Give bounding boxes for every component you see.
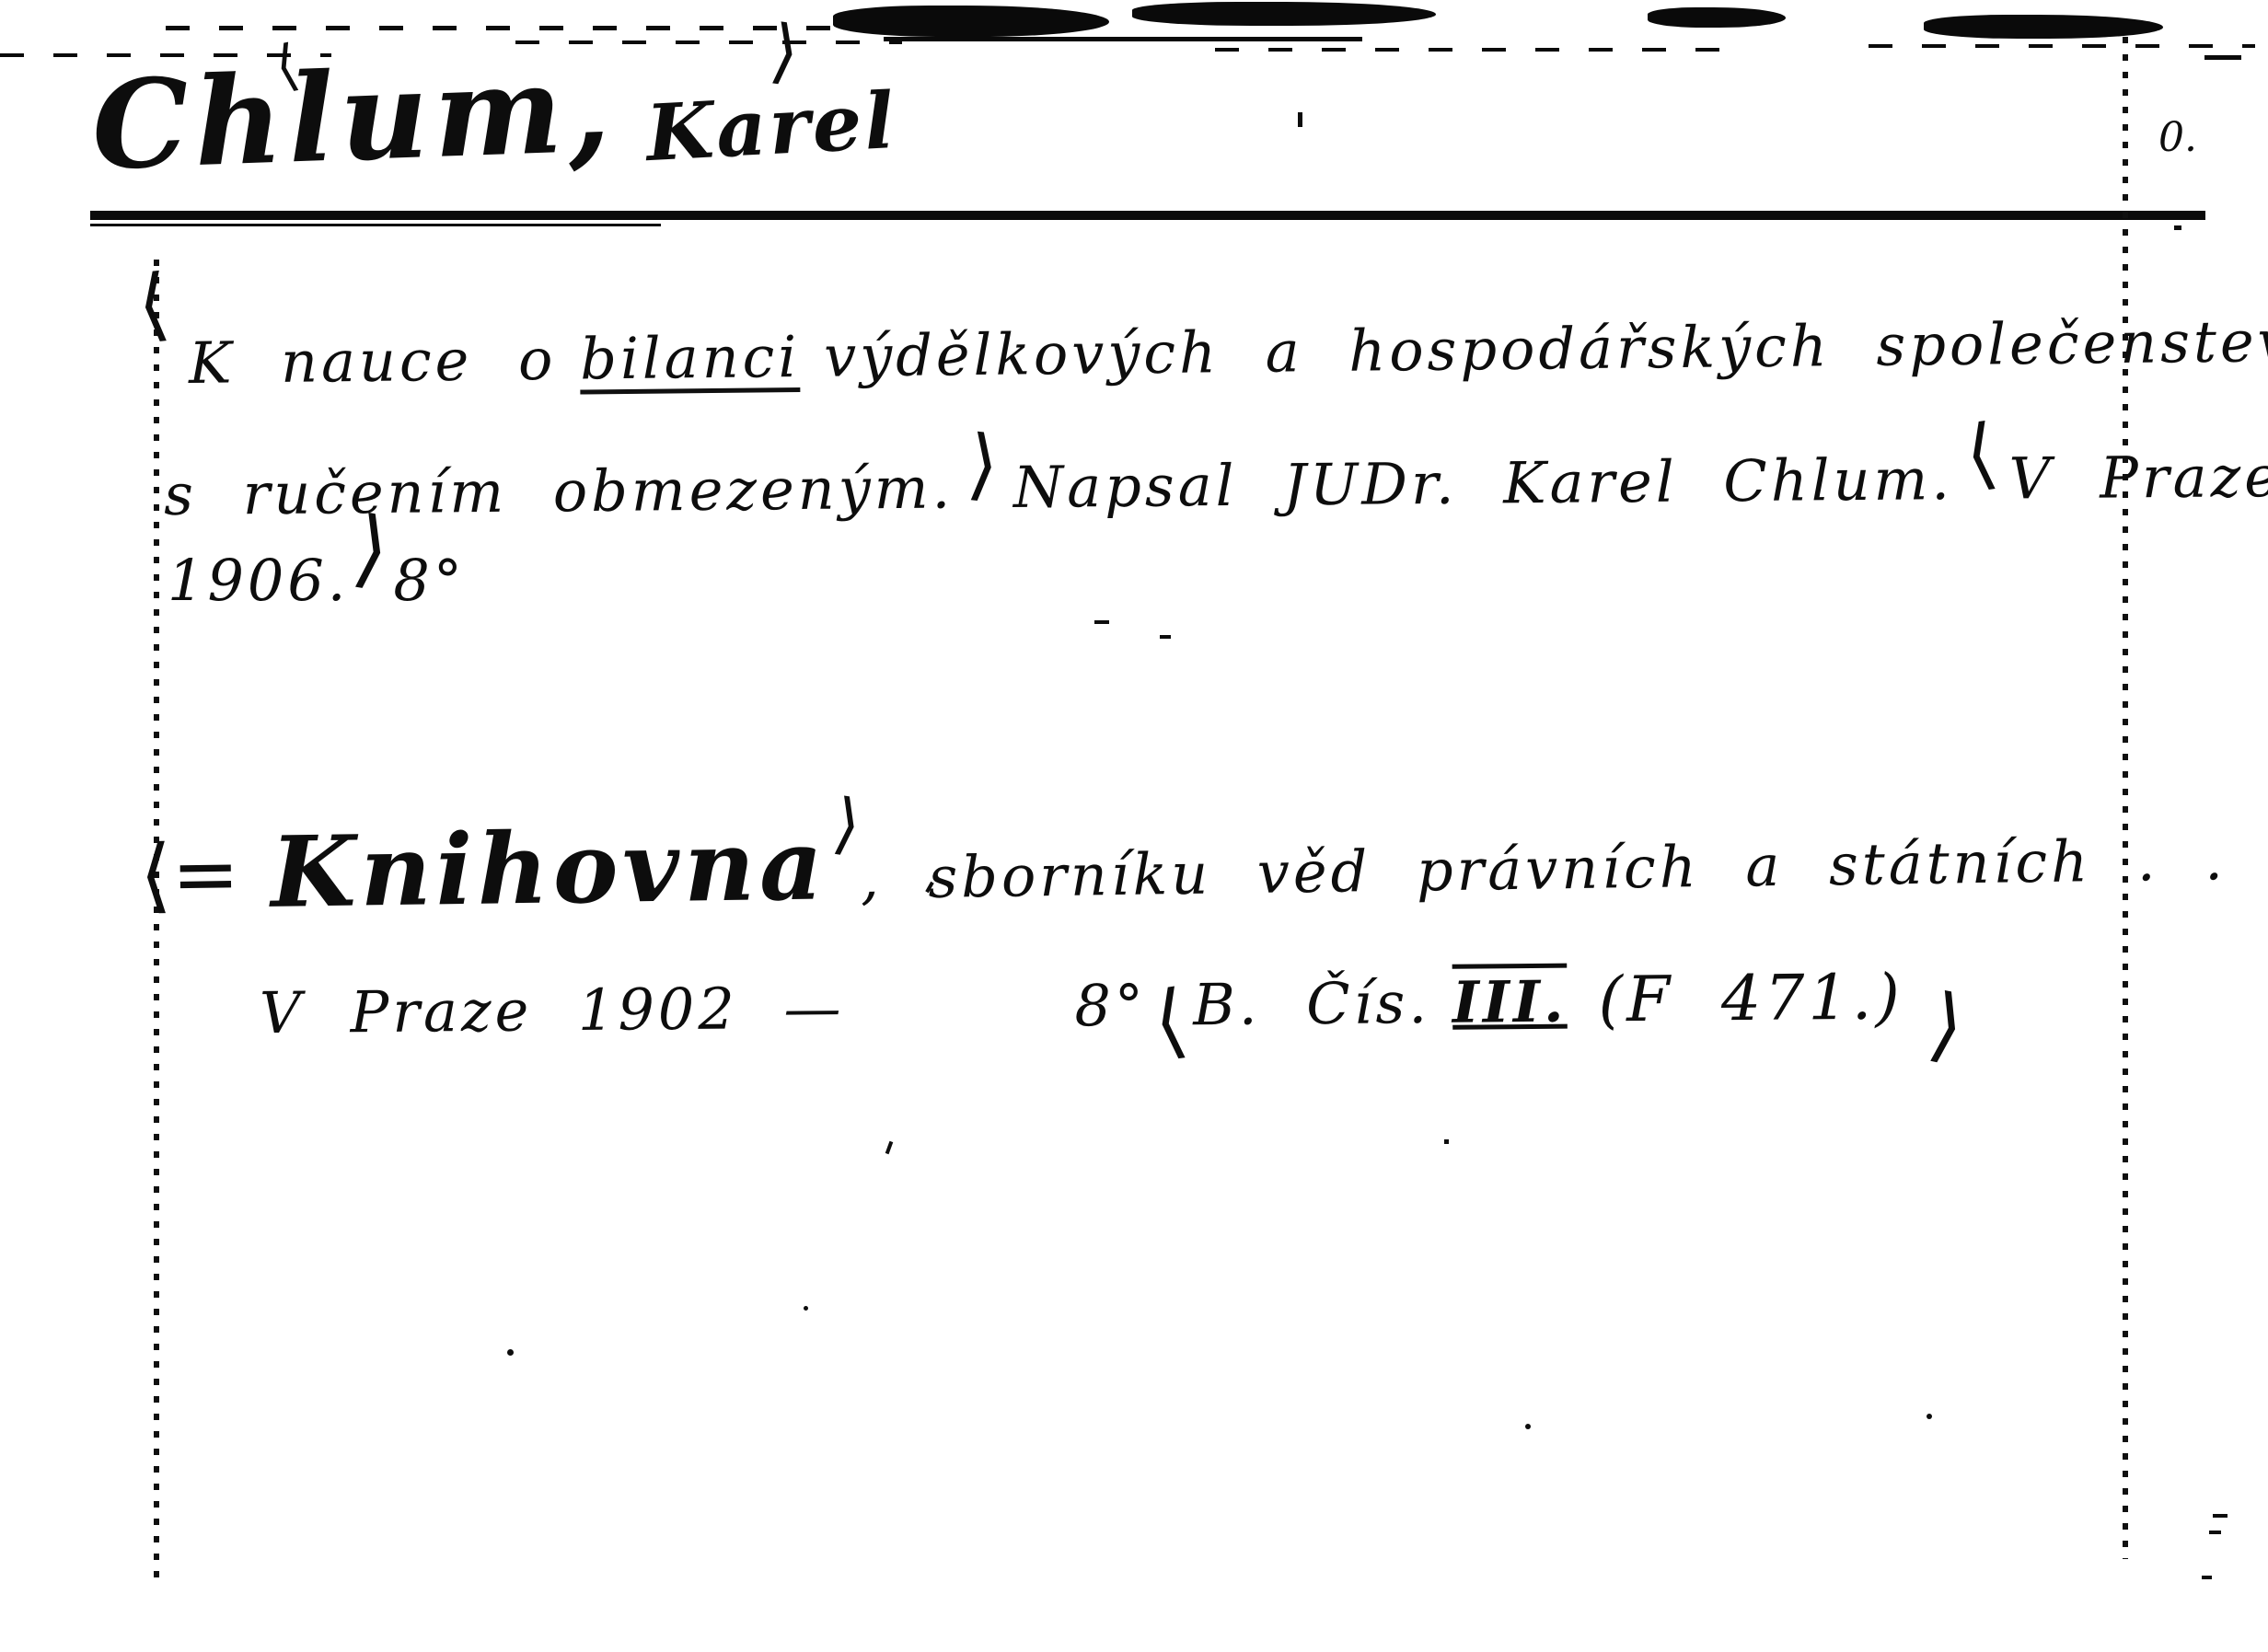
- entry1-open-mark: ⟨: [134, 263, 173, 345]
- insertion-mark: ⟨: [1149, 978, 1192, 1063]
- entry2-series: B. Čís.: [1193, 975, 1430, 1034]
- card-heading: Chlum, Karel: [92, 57, 897, 179]
- catalog-card: ⟩ ⟨ Chlum, Karel 0. ⟨ K nauce o bilanci …: [0, 0, 2268, 1652]
- insertion-mark: ⟩: [1924, 983, 1971, 1069]
- entry1-line2: s ručením obmezeným. ⟩ Napsal JUDr. Kare…: [164, 431, 2268, 526]
- page-number: 0.: [2158, 118, 2197, 158]
- insertion-mark: ⟨: [1961, 413, 2002, 494]
- entry1-line1-text: K nauce o: [189, 331, 557, 392]
- entry1-line1: K nauce o bilanci výdělkových a hospodář…: [189, 313, 2268, 399]
- entry1-line1-underlined-word: bilanci: [580, 329, 801, 394]
- heading-forename: Karel: [644, 82, 898, 172]
- entry1-line3: 1906. ⟩ 8°: [168, 529, 466, 614]
- entry1-line2-text: s ručením obmezeným.: [164, 460, 955, 524]
- entry2-line1: ⟨= Knihovna ⟩ , sborníku věd právních a …: [139, 794, 2268, 923]
- entry2-line2: V Praze 1902 — 8° ⟨ B. Čís. III. (F 471.…: [260, 950, 1963, 1045]
- entry2-volume-numeral: III.: [1452, 974, 1568, 1032]
- entry1-format: 8°: [393, 552, 465, 609]
- entry1-year: 1906.: [168, 552, 350, 609]
- entry2-open-mark: ⟨=: [140, 833, 240, 916]
- entry1-line1-text: výdělkových a hospodářských společenstev: [824, 313, 2268, 386]
- entry2-shelfmark: (F 471.): [1598, 966, 1903, 1032]
- header-rule-echo: [90, 224, 661, 226]
- insertion-mark: ⟩: [965, 424, 1002, 504]
- entry1-line2-text: V Praze: [2008, 448, 2268, 508]
- entry2-place-year: V Praze 1902 —: [260, 980, 845, 1043]
- heading-surname: Chlum,: [90, 48, 618, 188]
- entry1-line2-text: Napsal JUDr. Karel Chlum.: [1013, 451, 1954, 516]
- entry2-title: Knihovna: [270, 815, 827, 920]
- header-rule: [90, 211, 2205, 220]
- entry2-subtitle: , sborníku věd právních a státních . . .…: [861, 829, 2268, 907]
- entry2-format: 8°: [1074, 977, 1147, 1035]
